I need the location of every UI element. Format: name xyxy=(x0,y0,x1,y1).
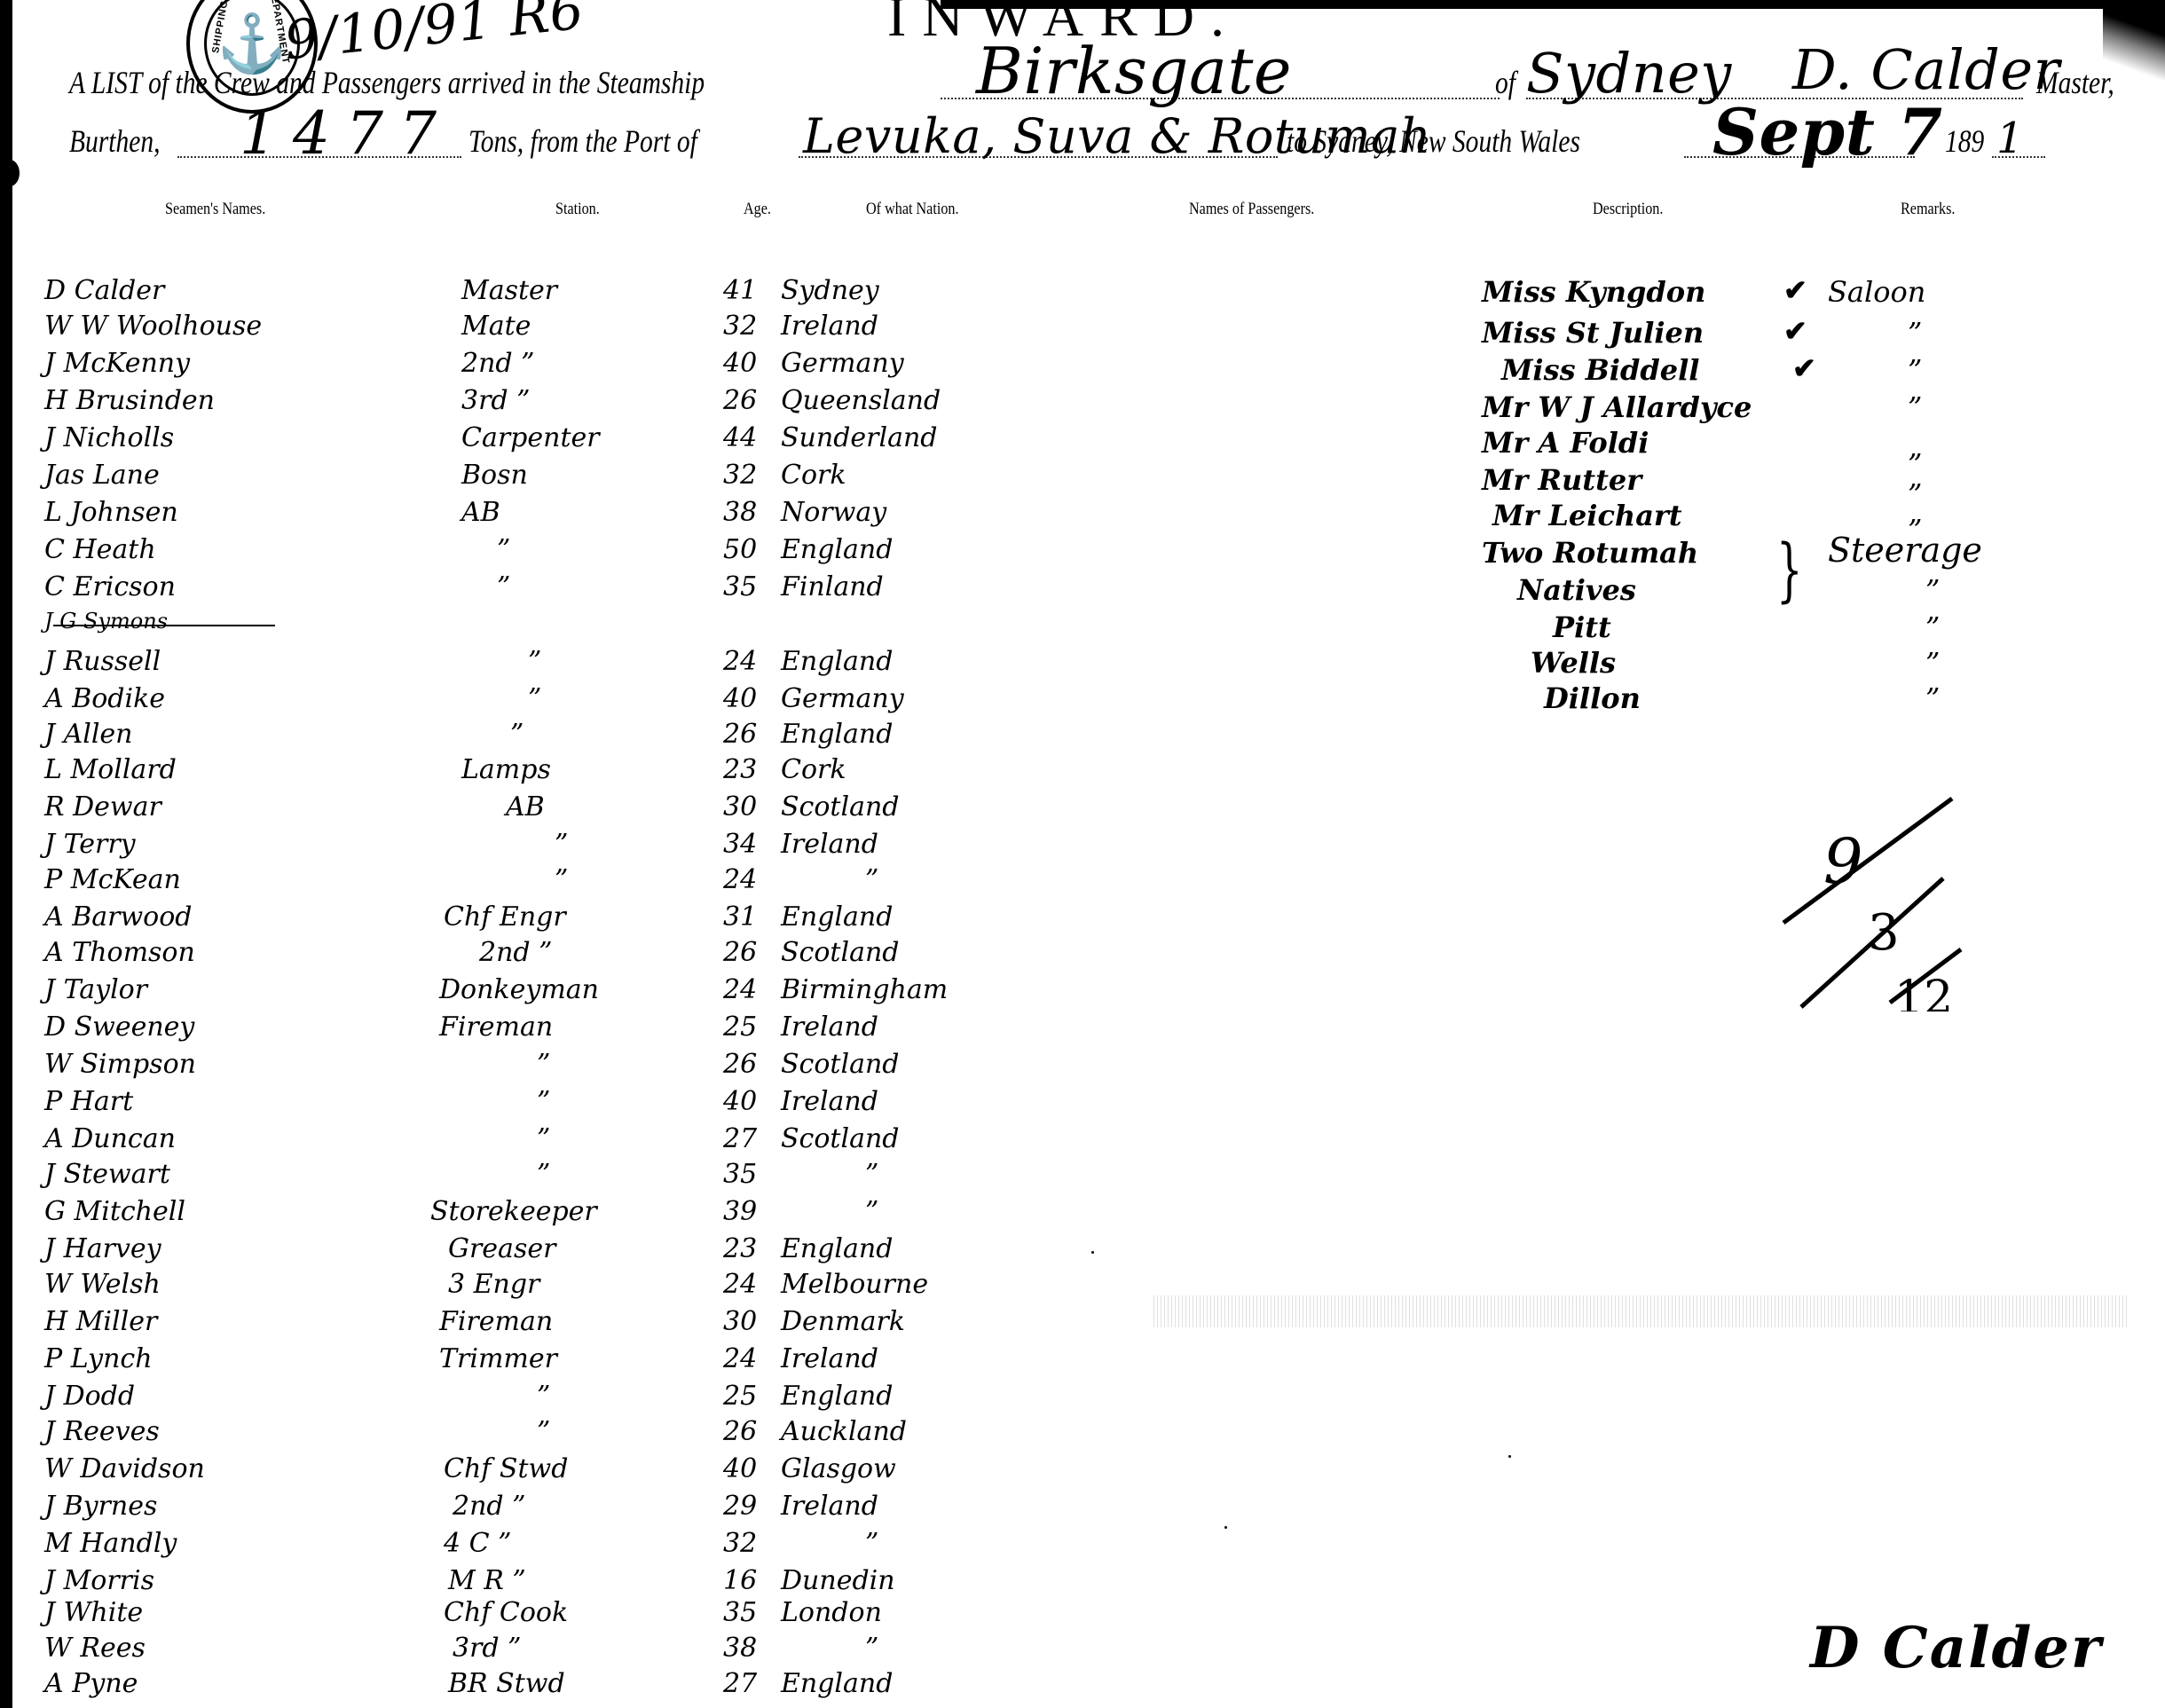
checkmark-icon: ✔ xyxy=(1792,351,1816,385)
crew-age: 40 xyxy=(723,1086,757,1117)
crew-station: Master xyxy=(461,275,557,306)
passenger-row: Miss Kyngdon✔Saloon xyxy=(1482,275,2103,307)
master-signature: D Calder xyxy=(1810,1615,2103,1681)
crew-station: Mate xyxy=(461,311,531,342)
passenger-name: Mr Rutter xyxy=(1482,463,1641,497)
crew-age: 24 xyxy=(723,1343,757,1374)
crew-age: 25 xyxy=(723,1381,757,1412)
passenger-name: Mr W J Allardyce xyxy=(1482,390,1752,424)
crew-row: P LynchTrimmer24Ireland xyxy=(0,1343,1109,1379)
folio-top: 9 xyxy=(1823,825,1863,898)
crew-nation: England xyxy=(781,1233,893,1264)
col-passenger-names: Names of Passengers. xyxy=(1189,200,1314,219)
crew-row: A Duncan”27Scotland xyxy=(0,1123,1109,1159)
tons-label: Tons, from the Port of xyxy=(468,122,697,160)
arrival-date: Sept 7 xyxy=(1712,94,1943,169)
crew-age: 23 xyxy=(723,754,757,785)
crew-station: ” xyxy=(555,864,568,895)
passenger-name: Mr Leichart xyxy=(1492,499,1682,532)
crew-nation: Ireland xyxy=(781,1343,878,1374)
crew-name: J Byrnes xyxy=(44,1491,157,1522)
crew-name: J G Symons xyxy=(44,609,168,634)
crew-age: 26 xyxy=(723,1416,757,1447)
crew-nation: England xyxy=(781,1381,893,1412)
crew-row: G MitchellStorekeeper39” xyxy=(0,1196,1109,1232)
crew-age: 26 xyxy=(723,937,757,968)
crew-age: 27 xyxy=(723,1123,757,1154)
crew-station: ” xyxy=(537,1159,550,1190)
crew-station: ” xyxy=(537,1123,550,1154)
passenger-row: Mr Rutter” xyxy=(1482,463,2103,495)
passenger-name: Two Rotumah xyxy=(1482,536,1698,570)
crew-name: P Lynch xyxy=(44,1343,153,1374)
crew-row: J WhiteChf Cook35London xyxy=(0,1597,1109,1633)
crew-row: J Terry”34Ireland xyxy=(0,829,1109,864)
year-rule xyxy=(1992,156,2045,158)
passenger-row: Dillon” xyxy=(1482,681,2103,713)
speck xyxy=(1224,1526,1227,1529)
folio-slash-marks-icon: 9 3 12 xyxy=(1757,781,1988,1011)
crew-row: R DewarAB30Scotland xyxy=(0,791,1109,827)
crew-age: 32 xyxy=(723,1528,757,1559)
passenger-name: Miss St Julien xyxy=(1482,316,1704,350)
crew-row: C Heath”50England xyxy=(0,534,1109,570)
crew-station: 3 Engr xyxy=(448,1269,539,1300)
col-nation: Of what Nation. xyxy=(866,200,959,219)
crew-station: Bosn xyxy=(461,460,528,491)
crew-age: 16 xyxy=(723,1565,757,1596)
crew-name: J Taylor xyxy=(44,974,147,1005)
crew-age: 38 xyxy=(723,497,757,528)
passenger-name: Dillon xyxy=(1544,681,1641,715)
crew-name: A Thomson xyxy=(44,937,195,968)
crew-nation: England xyxy=(781,901,893,933)
passenger-row: Mr Leichart” xyxy=(1482,499,2103,531)
crew-name: A Bodike xyxy=(44,683,165,714)
crew-station: Lamps xyxy=(461,754,551,785)
passenger-remark: ” xyxy=(1908,390,1922,424)
crew-age: 38 xyxy=(723,1633,757,1664)
crew-name: L Johnsen xyxy=(44,497,178,528)
crew-row: J Reeves”26Auckland xyxy=(0,1416,1109,1452)
crew-row: P McKean”24” xyxy=(0,864,1109,900)
crew-nation: Melbourne xyxy=(781,1269,928,1300)
crew-row: J HarveyGreaser23England xyxy=(0,1233,1109,1269)
crew-name: P Hart xyxy=(44,1086,133,1117)
crew-age: 30 xyxy=(723,1306,757,1337)
crew-nation: Germany xyxy=(781,683,904,714)
col-age: Age. xyxy=(744,200,771,219)
crew-station: Fireman xyxy=(439,1306,553,1337)
crew-row: J Dodd”25England xyxy=(0,1381,1109,1416)
crew-name: M Handly xyxy=(44,1528,177,1559)
crew-station: ” xyxy=(528,683,541,714)
crew-station: ” xyxy=(537,1416,550,1447)
passenger-name: Natives xyxy=(1517,573,1636,607)
crew-nation: ” xyxy=(865,1528,878,1559)
crew-age: 24 xyxy=(723,864,757,895)
passenger-remark: ” xyxy=(1925,610,1940,644)
crew-station: Greaser xyxy=(448,1233,555,1264)
crew-row: M Handly4 C ”32” xyxy=(0,1528,1109,1563)
crew-age: 26 xyxy=(723,1049,757,1080)
strike-through xyxy=(53,625,275,626)
crew-age: 40 xyxy=(723,1453,757,1484)
crew-name: A Duncan xyxy=(44,1123,176,1154)
crew-row: Jas LaneBosn32Cork xyxy=(0,460,1109,495)
crew-station: ” xyxy=(537,1049,550,1080)
crew-name: A Pyne xyxy=(44,1668,138,1699)
crew-age: 27 xyxy=(723,1668,757,1699)
crew-name: J Nicholls xyxy=(44,422,174,453)
passenger-remark: ” xyxy=(1925,646,1940,680)
crew-age: 50 xyxy=(723,534,757,565)
crew-age: 24 xyxy=(723,1269,757,1300)
crew-nation: Sydney xyxy=(781,275,879,306)
crew-station: Chf Stwd xyxy=(444,1453,568,1484)
folio-note: 9 3 12 xyxy=(1757,781,1988,1011)
crew-row: J MorrisM R ”16Dunedin xyxy=(0,1565,1109,1601)
checkmark-icon: ✔ xyxy=(1783,314,1807,348)
crew-row: L MollardLamps23Cork xyxy=(0,754,1109,790)
crew-row: C Ericson”35Finland xyxy=(0,571,1109,607)
crew-name: J Allen xyxy=(44,719,133,750)
col-remarks: Remarks. xyxy=(1901,200,1955,219)
crew-row-struck: J G Symons xyxy=(0,609,1109,644)
crew-nation: Scotland xyxy=(781,1123,899,1154)
crew-nation: Ireland xyxy=(781,829,878,860)
crew-nation: Glasgow xyxy=(781,1453,896,1484)
crew-row: J Allen”26England xyxy=(0,719,1109,754)
port-of-registry: Sydney xyxy=(1526,41,1732,106)
crew-station: AB xyxy=(461,497,500,528)
master-name: D. Calder xyxy=(1792,37,2060,102)
crew-nation: Cork xyxy=(781,460,846,491)
crew-nation: Cork xyxy=(781,754,846,785)
crew-row: W Rees3rd ”38” xyxy=(0,1633,1109,1668)
crew-station: Chf Engr xyxy=(444,901,566,933)
crew-nation: England xyxy=(781,534,893,565)
crew-row: D CalderMaster41Sydney xyxy=(0,275,1109,311)
crew-name: J Terry xyxy=(44,829,136,860)
crew-age: 26 xyxy=(723,719,757,750)
crew-age: 25 xyxy=(723,1011,757,1043)
crew-row: W W WoolhouseMate32Ireland xyxy=(0,311,1109,346)
passenger-row: Pitt” xyxy=(1482,610,2103,642)
crew-row: A Thomson2nd ”26Scotland xyxy=(0,937,1109,972)
crew-row: W Simpson”26Scotland xyxy=(0,1049,1109,1084)
crew-nation: England xyxy=(781,719,893,750)
crew-station: ” xyxy=(537,1086,550,1117)
crew-row: H Brusinden3rd ”26Queensland xyxy=(0,385,1109,421)
crew-nation: Ireland xyxy=(781,1491,878,1522)
crew-row: J NichollsCarpenter44Sunderland xyxy=(0,422,1109,458)
passenger-name: Mr A Foldi xyxy=(1482,426,1649,460)
folio-bottom: 12 xyxy=(1894,972,1953,1011)
crew-row: A BarwoodChf Engr31England xyxy=(0,901,1109,937)
crew-nation: Dunedin xyxy=(781,1565,895,1596)
crew-row: P Hart”40Ireland xyxy=(0,1086,1109,1122)
crew-name: J Dodd xyxy=(44,1381,135,1412)
crew-station: ” xyxy=(497,534,510,565)
crew-nation: Birmingham xyxy=(781,974,948,1005)
crew-station: 3rd ” xyxy=(453,1633,522,1664)
burthen-label: Burthen, xyxy=(69,122,160,160)
crew-nation: Queensland xyxy=(781,385,941,416)
speck xyxy=(1091,1251,1094,1254)
crew-nation: Denmark xyxy=(781,1306,905,1337)
crew-age: 23 xyxy=(723,1233,757,1264)
crew-nation: Scotland xyxy=(781,1049,899,1080)
crew-name: R Dewar xyxy=(44,791,161,823)
passenger-row: Wells” xyxy=(1482,646,2103,678)
crew-nation: Germany xyxy=(781,348,904,379)
crew-row: H MillerFireman30Denmark xyxy=(0,1306,1109,1342)
crew-name: Jas Lane xyxy=(44,460,160,491)
crew-name: W Simpson xyxy=(44,1049,196,1080)
passenger-row: Mr A Foldi” xyxy=(1482,426,2103,458)
top-annotation: 9/10/91 R6 xyxy=(281,0,587,73)
crew-nation: ” xyxy=(865,864,878,895)
crew-name: G Mitchell xyxy=(44,1196,185,1227)
brace-icon: } xyxy=(1776,531,1803,610)
crew-name: J Russell xyxy=(44,646,161,677)
crew-row: W Welsh3 Engr24Melbourne xyxy=(0,1269,1109,1304)
crew-age: 32 xyxy=(723,460,757,491)
crew-row: J McKenny2nd ”40Germany xyxy=(0,348,1109,383)
crew-name: J Harvey xyxy=(44,1233,161,1264)
crew-station: 3rd ” xyxy=(461,385,531,416)
crew-age: 31 xyxy=(723,901,757,933)
crew-nation: Sunderland xyxy=(781,422,938,453)
crew-station: ” xyxy=(497,571,510,602)
crew-nation: Finland xyxy=(781,571,884,602)
passenger-row: Miss St Julien✔” xyxy=(1482,316,2103,348)
crew-nation: Scotland xyxy=(781,937,899,968)
passenger-remark: ” xyxy=(1908,316,1922,350)
crew-nation: ” xyxy=(865,1633,878,1664)
crew-age: 34 xyxy=(723,829,757,860)
crew-nation: London xyxy=(781,1597,882,1628)
crew-name: P McKean xyxy=(44,864,181,895)
crew-name: J Reeves xyxy=(44,1416,160,1447)
crew-station: ” xyxy=(555,829,568,860)
scan-artifact xyxy=(1153,1295,2130,1327)
crew-age: 40 xyxy=(723,683,757,714)
crew-station: BR Stwd xyxy=(448,1668,565,1699)
crew-age: 35 xyxy=(723,1597,757,1628)
crew-nation: England xyxy=(781,1668,893,1699)
crew-age: 32 xyxy=(723,311,757,342)
crew-age: 35 xyxy=(723,1159,757,1190)
crew-nation: Ireland xyxy=(781,311,878,342)
line1-suffix: Master, xyxy=(2036,64,2114,101)
crew-nation: Norway xyxy=(781,497,886,528)
crew-nation: England xyxy=(781,646,893,677)
crew-age: 35 xyxy=(723,571,757,602)
crew-row: A PyneBR Stwd27England xyxy=(0,1668,1109,1704)
crew-nation: Ireland xyxy=(781,1011,878,1043)
crew-name: W Davidson xyxy=(44,1453,205,1484)
crew-station: M R ” xyxy=(448,1565,526,1596)
crew-name: J Morris xyxy=(44,1565,154,1596)
crew-station: Storekeeper xyxy=(430,1196,597,1227)
to-sydney-label: to Sydney, New South Wales xyxy=(1287,122,1580,160)
tons-value: 1477 xyxy=(240,99,453,168)
crew-station: 4 C ” xyxy=(444,1528,511,1559)
folio-middle: 3 xyxy=(1868,904,1900,962)
crew-nation: Scotland xyxy=(781,791,899,823)
crew-station: Carpenter xyxy=(461,422,600,453)
passenger-row: Miss Biddell✔” xyxy=(1482,353,2103,385)
crew-station: Trimmer xyxy=(439,1343,557,1374)
crew-age: 30 xyxy=(723,791,757,823)
scan-edge-nick xyxy=(0,160,20,186)
passenger-remark: Saloon xyxy=(1828,275,1925,309)
passenger-name: Miss Biddell xyxy=(1501,353,1699,387)
crew-name: H Miller xyxy=(44,1306,157,1337)
passenger-remark: ” xyxy=(1908,353,1922,387)
crew-name: J McKenny xyxy=(44,348,190,379)
crew-station: 2nd ” xyxy=(479,937,553,968)
crew-name: H Brusinden xyxy=(44,385,215,416)
crew-station: ” xyxy=(528,646,541,677)
crew-row: J Stewart”35” xyxy=(0,1159,1109,1194)
passenger-name: Miss Kyngdon xyxy=(1482,275,1705,309)
crew-name: D Calder xyxy=(44,275,164,306)
crew-station: ” xyxy=(537,1381,550,1412)
crew-row: D SweeneyFireman25Ireland xyxy=(0,1011,1109,1047)
passenger-remark: ” xyxy=(1925,681,1940,715)
crew-row: J Byrnes2nd ”29Ireland xyxy=(0,1491,1109,1526)
crew-age: 44 xyxy=(723,422,757,453)
crew-station: 2nd ” xyxy=(453,1491,526,1522)
col-description: Description. xyxy=(1593,200,1663,219)
passenger-name: Pitt xyxy=(1553,610,1611,644)
col-station: Station. xyxy=(555,200,600,219)
crew-station: Fireman xyxy=(439,1011,553,1043)
ship-name: Birksgate xyxy=(976,34,1292,108)
crew-age: 29 xyxy=(723,1491,757,1522)
passenger-name: Wells xyxy=(1531,646,1616,680)
speck xyxy=(1508,1455,1511,1458)
crew-name: C Ericson xyxy=(44,571,176,602)
crew-age: 24 xyxy=(723,646,757,677)
crew-name: W Rees xyxy=(44,1633,146,1664)
crew-age: 39 xyxy=(723,1196,757,1227)
crew-name: C Heath xyxy=(44,534,156,565)
crew-name: J Stewart xyxy=(44,1159,170,1190)
crew-name: J White xyxy=(44,1597,143,1628)
crew-row: J TaylorDonkeyman24Birmingham xyxy=(0,974,1109,1010)
col-seamen-names: Seamen's Names. xyxy=(165,200,265,219)
crew-age: 24 xyxy=(723,974,757,1005)
crew-station: AB xyxy=(506,791,545,823)
crew-nation: Auckland xyxy=(781,1416,907,1447)
crew-age: 40 xyxy=(723,348,757,379)
crew-row: L JohnsenAB38Norway xyxy=(0,497,1109,532)
crew-age: 26 xyxy=(723,385,757,416)
crew-age: 41 xyxy=(723,275,757,306)
crew-name: W W Woolhouse xyxy=(44,311,262,342)
crew-station: 2nd ” xyxy=(461,348,535,379)
crew-station: Donkeyman xyxy=(439,974,599,1005)
crew-nation: ” xyxy=(865,1196,878,1227)
crew-name: D Sweeney xyxy=(44,1011,194,1043)
manifest-page: ⚓ SHIPPING DEPARTMENT 9/10/91 R6 INWARD.… xyxy=(0,0,2165,1708)
crew-nation: ” xyxy=(865,1159,878,1190)
passenger-row: Mr W J Allardyce” xyxy=(1482,390,2103,422)
crew-row: A Bodike”40Germany xyxy=(0,683,1109,719)
line1-of: of xyxy=(1495,64,1515,101)
crew-station: Chf Cook xyxy=(444,1597,568,1628)
crew-row: J Russell”24England xyxy=(0,646,1109,681)
crew-name: W Welsh xyxy=(44,1269,161,1300)
crew-name: L Mollard xyxy=(44,754,177,785)
year-printed: 189 xyxy=(1945,122,1984,160)
passenger-remark: Steerage xyxy=(1828,531,1982,570)
crew-station: ” xyxy=(510,719,524,750)
crew-nation: Ireland xyxy=(781,1086,878,1117)
checkmark-icon: ✔ xyxy=(1783,273,1807,307)
crew-row: W DavidsonChf Stwd40Glasgow xyxy=(0,1453,1109,1489)
passenger-remark: ” xyxy=(1925,573,1940,607)
line1-prefix: A LIST of the Crew and Passengers arrive… xyxy=(69,64,705,101)
crew-name: A Barwood xyxy=(44,901,192,933)
